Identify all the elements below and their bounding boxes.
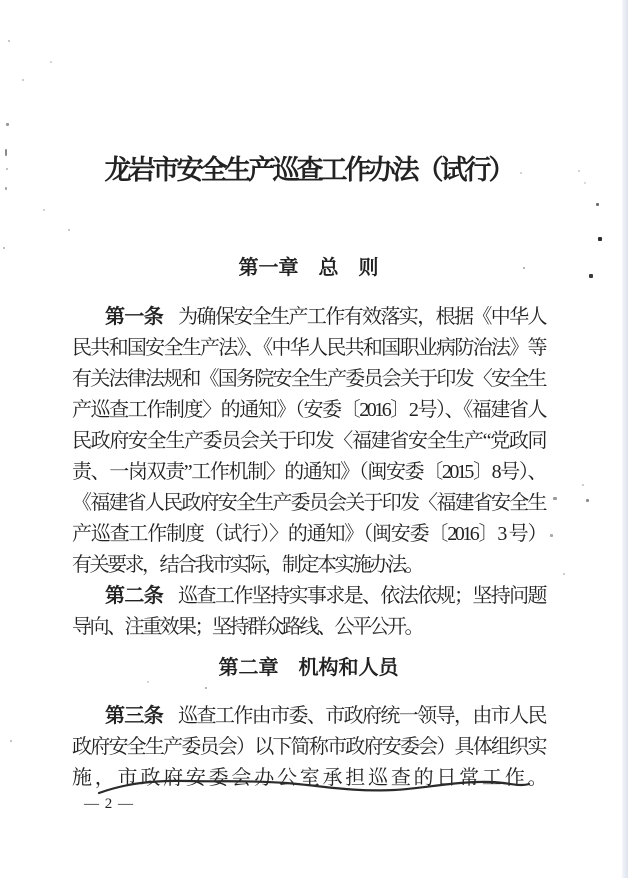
scan-speck (6, 123, 9, 126)
text-line: 第二条巡查工作坚持实事求是、依法依规；坚持问题 (72, 581, 545, 612)
text-line: 产巡查工作制度〉的通知》（安委〔2016〕2号）、《福建省人 (72, 395, 545, 426)
scan-speck (586, 499, 589, 502)
text-line: 第一条为确保安全生产工作有效落实，根据《中华人 (72, 302, 545, 333)
scan-speck (6, 168, 8, 170)
text-segment: 巡查工作坚持实事求是、依法依规；坚持问题 (178, 585, 545, 607)
scan-speck (43, 209, 45, 211)
scan-speck (520, 172, 522, 174)
text-line: 责、一岗双责”工作机制〉的通知》（闽安委〔2015〕8号）、 (72, 457, 545, 488)
scan-speck (584, 182, 586, 184)
article-number: 第一条 (105, 306, 163, 328)
chapter-heading-1: 第一章 总 则 (72, 255, 545, 281)
text-line: 民共和国安全生产法》、《中华人民共和国职业病防治法》等 (72, 333, 545, 364)
scan-speck (3, 247, 5, 249)
page-number: — 2 — (72, 795, 545, 813)
scan-speck (578, 170, 580, 172)
article-number: 第二条 (105, 585, 163, 607)
scan-speck (50, 61, 52, 63)
document-title: 龙岩市安全生产巡查工作办法（试行） (72, 152, 545, 188)
scan-speck (5, 149, 7, 156)
text-line: 《福建省人民政府安全生产委员会关于印发〈福建省安全生 (72, 488, 545, 519)
scan-speck (598, 237, 602, 241)
text-segment: 为确保安全生产工作有效落实，根据《中华人 (178, 306, 545, 328)
text-segment: 巡查工作由市委、市政府统一领导，由市人民 (178, 705, 545, 727)
text-line: 第三条巡查工作由市委、市政府统一领导，由市人民 (72, 701, 545, 732)
wavy-underline-annotation (96, 775, 532, 797)
scan-speck (147, 681, 149, 683)
scan-speck (582, 484, 584, 486)
scan-speck (8, 40, 10, 42)
text-line: 有关要求，结合我市实际，制定本实施办法。 (72, 550, 545, 581)
scan-speck (550, 534, 553, 537)
article-2: 第二条巡查工作坚持实事求是、依法依规；坚持问题 导向、注重效果；坚持群众路线、公… (72, 581, 545, 643)
scan-speck (553, 497, 557, 500)
text-line: 政府安全生产委员会）以下简称市政府安委会）具体组织实 (72, 732, 545, 763)
scan-speck (205, 687, 207, 689)
scan-edge-shadow (622, 0, 628, 878)
scan-speck (135, 625, 137, 627)
text-line: 民政府安全生产委员会关于印发〈福建省安全生产“党政同 (72, 426, 545, 457)
article-1: 第一条为确保安全生产工作有效落实，根据《中华人 民共和国安全生产法》、《中华人民… (72, 302, 545, 581)
scan-speck (10, 740, 12, 742)
scan-speck (596, 203, 599, 206)
scanned-document-page: 龙岩市安全生产巡查工作办法（试行） 第一章 总 则 第一条为确保安全生产工作有效… (0, 0, 628, 878)
text-line: 产巡查工作制度（试行）〉的通知》（闽安委〔2016〕3 号） (72, 519, 545, 550)
document-content: 龙岩市安全生产巡查工作办法（试行） 第一章 总 则 第一条为确保安全生产工作有效… (72, 0, 545, 813)
scan-speck (22, 79, 24, 81)
scan-speck (589, 274, 593, 278)
text-line: 有关法律法规和《国务院安全生产委员会关于印发〈安全生 (72, 364, 545, 395)
scan-speck (563, 573, 565, 575)
article-number: 第三条 (105, 705, 163, 727)
scan-speck (523, 267, 525, 269)
chapter-heading-2: 第二章 机构和人员 (72, 655, 545, 681)
scan-speck (68, 229, 70, 231)
text-line: 导向、注重效果；坚持群众路线、公平公开。 (72, 612, 545, 643)
scan-speck (5, 187, 7, 190)
